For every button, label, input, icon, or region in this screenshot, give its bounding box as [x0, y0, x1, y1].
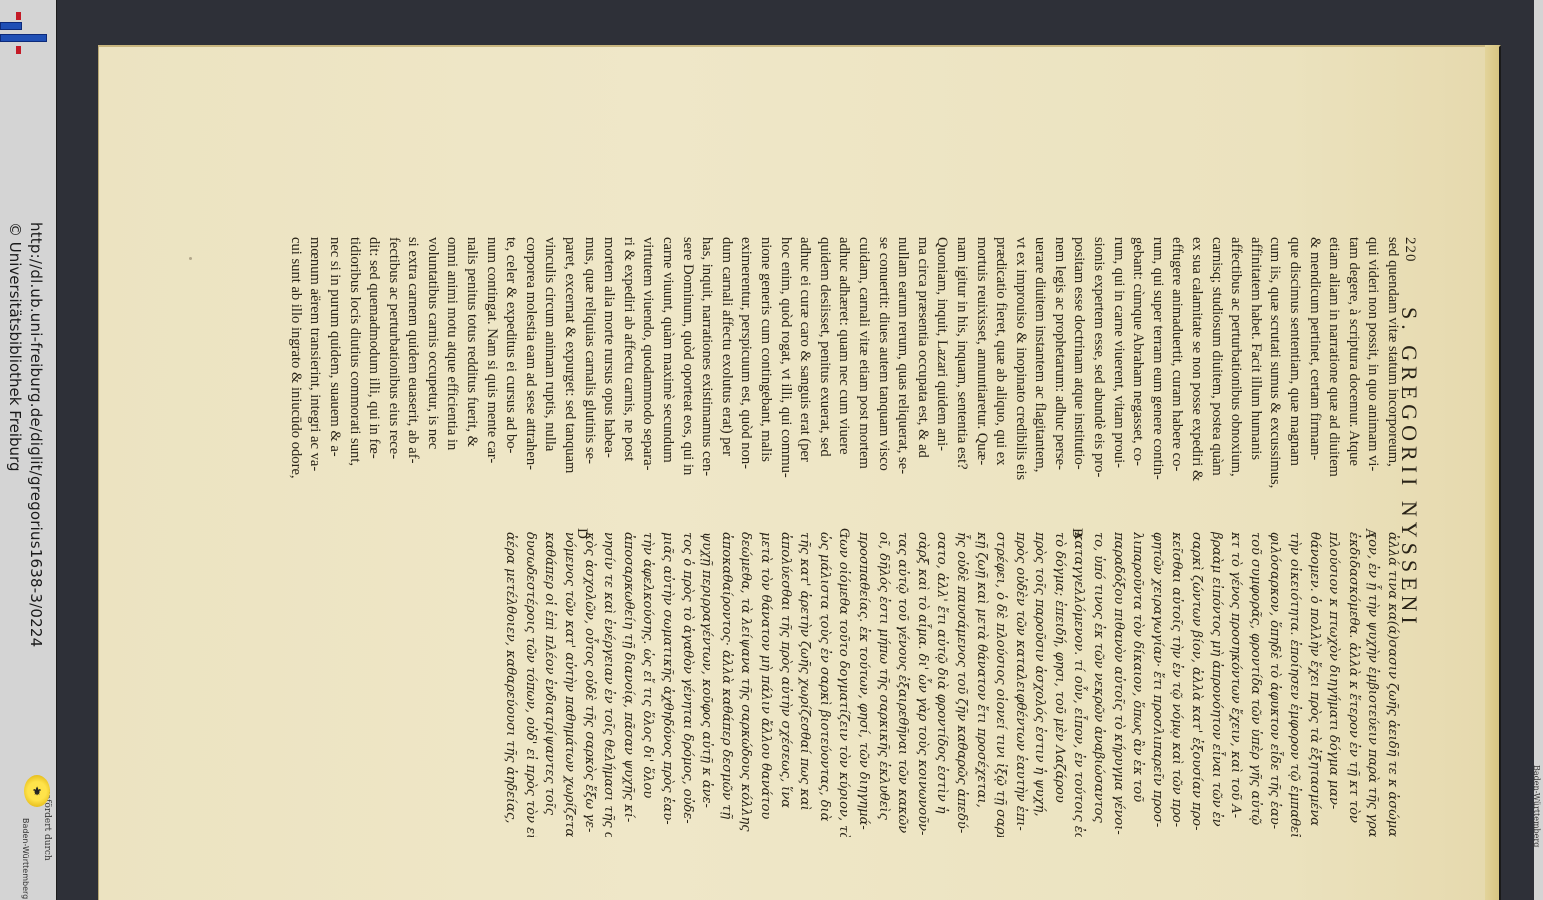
- margin-letter-a: A: [1361, 528, 1378, 539]
- text-line: καθάπερ οἱ ἐπὶ πλέον ἐνδιατρίψαντες τοῖς: [540, 532, 560, 837]
- margin-letter-b: B: [1068, 528, 1085, 538]
- text-line: ἧς οὐδὲ παυσάμενος τοῦ ζῆν καθαρῶς ἀπεδύ…: [951, 532, 971, 837]
- text-line: πρὸς τοῖς παροῦσιν ἀσχολός ἐστιν ἡ ψυχή,: [1030, 532, 1050, 837]
- text-line: mœnum aërem transierint, integri ac va-: [305, 237, 325, 529]
- text-line: νόμενος τῶν κατ' αὐτὴν παθημάτων χωρίζετ…: [559, 532, 579, 837]
- text-line: fectibus ac perturbationibus eius rece-: [383, 237, 403, 529]
- text-line: adhuc adhæret: quam nec cum viuere: [834, 237, 854, 529]
- text-line: ἀποσαρκωθείη τῇ διανοίᾳ, πᾶσαν ψυχῆς κί-: [618, 532, 638, 837]
- text-line: dit: sed quemadmodum illi, qui in fœ-: [364, 237, 384, 529]
- text-line: κὸς ἀσχολῶν, οὗτος οὐδὲ τῆς σαρκὸς ἔξω γ…: [579, 532, 599, 837]
- text-line: has, inquit, narrationes existimamus cen…: [697, 237, 717, 529]
- text-line: carne viuunt, quàm maximè secundum: [657, 237, 677, 529]
- text-line: qui videri non possit, in quo animam vi-: [1363, 237, 1383, 529]
- text-line: corporea molestia eam ad sese attrahen-: [520, 237, 540, 529]
- text-line: Quoniam, inquit, Lazari quidem ani-: [932, 237, 952, 529]
- text-line: κῇ ζωῇ καὶ μετὰ θάνατον ἔτι προσέχεται,: [971, 532, 991, 837]
- text-line: δυσωδεστέροις τῶν τόπων, οὐδ' εἰ πρὸς τὸ…: [520, 532, 540, 837]
- text-line: κεῖσθαι αὐτοῖς τὴν ἐν τῷ νόμῳ καὶ τῶν πρ…: [1167, 532, 1187, 837]
- sponsor-seal-icon: ⚜: [24, 775, 50, 807]
- text-line: θάνομεν. ὁ πολλὴν ἔχει πρὸς τὰ ἐξητασμέν…: [1304, 532, 1324, 837]
- text-line: φιλόσαρκον, ὅπηδὲ τὸ ἀφυκτον εἶδε τῆς ἑα…: [1265, 532, 1285, 837]
- text-line: ma circa præsentia occupata est, & ad: [912, 237, 932, 529]
- text-line: nione generis cum contingebant, malis: [755, 237, 775, 529]
- text-line: si extra carnem quidem euaserit, ab af-: [403, 237, 423, 529]
- text-line: προσπαθείας. ἐκ τούτων, φησί, τῶν διηγημ…: [853, 532, 873, 837]
- text-line: & mendicum pertinet, certam firmam-: [1304, 237, 1324, 529]
- text-line: positam esse doctrinam atque institutio-: [1069, 237, 1089, 529]
- text-line: uerare diuitem instantem ac flagitantem,: [1030, 237, 1050, 529]
- text-line: carnisq; studiosum diuitem, postea quàm: [1206, 237, 1226, 529]
- text-line: τῆς κατ' ἀρετὴν ζωῆς χωρίζεσθαί πως καὶ: [795, 532, 815, 837]
- text-line: δεώμεθα, τὰ λείψανα τῆς σαρκώδους κόλλης: [736, 532, 756, 837]
- text-line: ψυχῇ περιρραγέντων, κοῦφος αὐτῇ κ ἀνε-: [697, 532, 717, 837]
- text-line: στρέφει, ὁ δὲ πλούσιος οἱονεί τινι ἰξῷ τ…: [991, 532, 1011, 837]
- text-line: nalis penitus totus redditus fuerit, &: [462, 237, 482, 529]
- latin-column: sed quendam vitæ statum incorporeum,qui …: [285, 237, 1402, 529]
- text-line: τὴν οἰκειότητα. ἐποίησεν ἐμφορον τῷ ἐμπα…: [1284, 532, 1304, 837]
- text-line: vinculis circum animam ruptis, nulla: [540, 237, 560, 529]
- text-line: καταγγελλόμενον. τί οὖν, εἶπον, ἐν τούτο…: [1069, 532, 1089, 837]
- text-line: gebant: cùmque Abraham negasset, co-: [1128, 237, 1148, 529]
- text-line: ἀποκαθαίροντος· ἀλλὰ καθάπερ δεσμῶν τῇ: [716, 532, 736, 837]
- text-line: ἀπολύεσθαι τῆς πρὸς αὐτὴν σχέσεως, ἵνα: [775, 532, 795, 837]
- text-line: quidem desiisset, penitus exuerat, sed: [814, 237, 834, 529]
- text-line: κτ τὸ γένος προσηκόντων ἔχειν, καὶ τοῦ Α…: [1226, 532, 1246, 837]
- sponsor-name: Baden-Württemberg: [21, 818, 30, 899]
- text-line: οῖ, δῆλός ἐστι μήπω τῆς σαρκικῆς ἐκλυθεὶ…: [873, 532, 893, 837]
- permalink-url[interactable]: http://dl.ub.uni-freiburg.de/diglit/greg…: [27, 222, 45, 647]
- text-line: φητῶν χειραγωγίαν· ἔτι προσλιπαρεῖν προσ…: [1147, 532, 1167, 837]
- text-line: rum, qui super terram eum genere contin-: [1147, 237, 1167, 529]
- page-number: 220: [1401, 237, 1418, 263]
- margin-letter-d: D: [573, 528, 590, 539]
- text-line: των οἰόμεθα τοῦτο δογματίζειν τὸν κύριον…: [834, 532, 854, 837]
- text-line: affectibus ac perturbationibus obnoxium,: [1226, 237, 1246, 529]
- text-line: τον, ἐν ᾗ τὴν ψυχὴν ἐμβιοτεύειν παρὰ τῆς…: [1363, 532, 1383, 837]
- text-line: paret, excernat & expurget: sed tanquam: [559, 237, 579, 529]
- text-line: ri & expediri ab affectu carnis, ne post: [618, 237, 638, 529]
- text-line: nem legis ac prophetarum: adhuc perse-: [1049, 237, 1069, 529]
- text-line: cui sunt ab illo ingrato & iniucūdo odor…: [285, 237, 305, 529]
- text-line: πρὸς οὐδὲν τῶν καταλειφθέντων ἑαυτὴν ἐπι…: [1010, 532, 1030, 837]
- text-line: etiam aliam in narratione quæ ad diuitem: [1324, 237, 1344, 529]
- text-line: ex sua calamitate se non posse expediri …: [1186, 237, 1206, 529]
- text-line: ἀλλά τινα κα(ά)σασιν ζωῆς ἀειδῆ τε κ ἀσώ…: [1382, 532, 1402, 837]
- text-line: rum, qui in carne viuerent, vitam proui-: [1108, 237, 1128, 529]
- text-line: que discimus sententiam, quæ magnam: [1284, 237, 1304, 529]
- text-line: τας αὐτῷ τοῦ γένους ἐξαιρεθῆναι τῶν κακῶ…: [893, 532, 913, 837]
- page-edge: [1485, 45, 1499, 900]
- library-logo-icon[interactable]: [0, 0, 56, 60]
- text-line: sere Dominum, quòd oporteat eos, qui in: [677, 237, 697, 529]
- greek-column: ἀλλά τινα κα(ά)σασιν ζωῆς ἀειδῆ τε κ ἀσώ…: [501, 532, 1402, 837]
- text-line: tam degere, à scriptura docemur. Atque: [1343, 237, 1363, 529]
- text-line: νησίν τε καὶ ἐνέργειαν ἐν τοῖς θελήμασι …: [599, 532, 619, 837]
- text-line: cum iis, quæ scrutati sumus & excussimus…: [1265, 237, 1285, 529]
- viewer-side-strip: http://dl.ub.uni-freiburg.de/diglit/greg…: [0, 0, 57, 900]
- text-line: sed quendam vitæ statum incorporeum,: [1382, 237, 1402, 529]
- text-line: tidioribus locis diutius commorati sunt,: [344, 237, 364, 529]
- text-line: λιπαροῦντα τὸν δίκαιον, ὅπως ἂν ἐκ τοῦ: [1128, 532, 1148, 837]
- text-line: virtutem viuendo, quodammodo separa-: [638, 237, 658, 529]
- text-line: βραὰμ εἰπόντος μὴ ἀπρονόητον εἶναι τῶν ἐ…: [1206, 532, 1226, 837]
- text-line: eximerentur, perspicuum est, quòd non-: [736, 237, 756, 529]
- text-line: num contingat. Nam si quis mente car-: [481, 237, 501, 529]
- text-line: τὸ δόγμα; ἐπειδή, φησι, τοῦ μὲν Λαζάρου: [1049, 532, 1069, 837]
- text-line: effugere animaduertit, curam habere co-: [1167, 237, 1187, 529]
- text-line: prædicatio fieret, quæ ab aliquo, qui ex: [991, 237, 1011, 529]
- text-line: τος ὁ πρὸς τὸ ἀγαθὸν γένηται δρόμος, οὐδ…: [677, 532, 697, 837]
- text-line: hoc enim, quòd rogat, vt illi, qui commu…: [775, 237, 795, 529]
- text-line: adhuc ei curæ caro & sanguis erat (per: [795, 237, 815, 529]
- text-line: παραδόξου πιθανὸν αὐτοῖς τὸ κήρυγμα γένο…: [1108, 532, 1128, 837]
- copyright-notice: © Universitätsbibliothek Freiburg: [6, 222, 24, 471]
- text-line: μιᾶς αὐτὴν σωματικῆς ἀχθηδόνος πρὸς ἑαυ-: [657, 532, 677, 837]
- text-line: cuidam, carnali vitæ etiam post mortem: [853, 237, 873, 529]
- text-line: voluntatibus carnis occupetur, is nec: [422, 237, 442, 529]
- text-line: mortem alia morte rursus opus habea-: [599, 237, 619, 529]
- text-line: τὴν ἀφελκούσης. ὡς εἴ τις ὅλος δι' ὅλου: [638, 532, 658, 837]
- text-line: τοῦ συμφορᾶς, φροντίδα τῶν ὑπὲρ γῆς αὐτῷ: [1245, 532, 1265, 837]
- text-line: sionis expertem esse, sed abundè eis pro…: [1089, 237, 1109, 529]
- text-line: ἐκδιδασκόμεθα. ἀλλὰ κ ἕτερον ἐν τῇ κτ τὸ…: [1343, 532, 1363, 837]
- text-line: te, celer & expeditus ei cursus ad bo-: [501, 237, 521, 529]
- text-line: dum carnali affectu exolutus erat) per: [716, 237, 736, 529]
- right-edge-label: Baden-Württemberg: [1532, 765, 1541, 847]
- text-line: πλούσιον κ πτωχὸν διηγήματι δόγμα μαν-: [1324, 532, 1344, 837]
- text-line: nam igitur in his, inquam, sententia est…: [951, 237, 971, 529]
- text-line: omni animi motu atque efficientia in: [442, 237, 462, 529]
- text-line: μετὰ τὸν θάνατον μὴ πάλιν ἄλλου θανάτου: [755, 532, 775, 837]
- text-line: nec si in purum quidem, suauem & a-: [324, 237, 344, 529]
- text-line: se conuertit: diues autem tanquam visco: [873, 237, 893, 529]
- margin-letter-c: C: [835, 528, 852, 538]
- text-line: mus, quæ reliquias carnalis glutinis se-: [579, 237, 599, 529]
- text-line: ἀέρα μετέλθοιεν, καθαρεύουσι τῆς ἀηδείας…: [501, 532, 521, 837]
- text-line: ὡς μάλιστα τοὺς ἐν σαρκὶ βιοτεύοντας, δι…: [814, 532, 834, 837]
- text-line: mortuis reuixisset, annuntiaretur. Quæ-: [971, 237, 991, 529]
- text-line: σὰρξ καὶ τὸ αἷμα. δι' ὧν γὰρ τοὺς κοινων…: [912, 532, 932, 837]
- text-line: σαρκὶ ζώντων βίον, ἀλλὰ κατ' ἐξουσίαν πρ…: [1186, 532, 1206, 837]
- text-line: nullam earum rerum, quas reliquerat, se-: [893, 237, 913, 529]
- text-line: affinitatem habet. Facit illum humanis: [1245, 237, 1265, 529]
- text-line: vt ex improuiso & inopinato credibilis e…: [1010, 237, 1030, 529]
- text-line: σατο, ἀλλ' ἔτι αὐτῷ διὰ φροντίδος ἐστὶν …: [932, 532, 952, 837]
- text-line: το, ὑπό τινος ἐκ τῶν νεκρῶν ἀναβιώσαντος: [1089, 532, 1109, 837]
